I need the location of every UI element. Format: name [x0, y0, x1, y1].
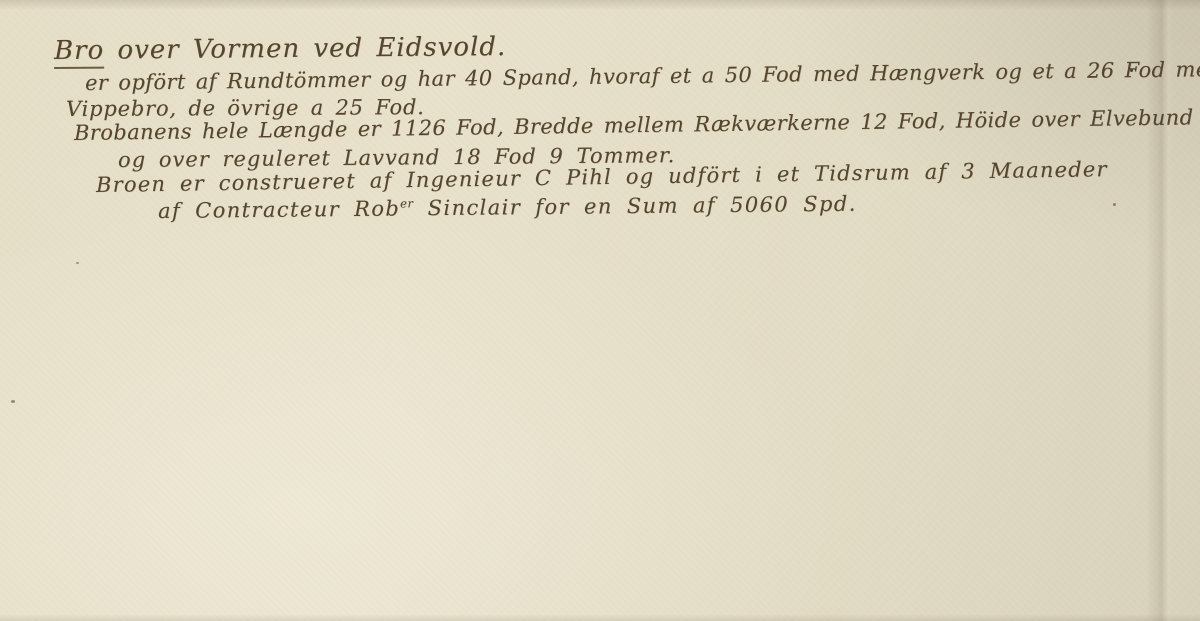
- line-text: af Contracteur Rob: [158, 196, 400, 223]
- title-rest: over Vormen ved Eidsvold.: [104, 32, 506, 66]
- paper-speck: [11, 400, 15, 403]
- handwritten-line-6: af Contracteur Rober Sinclair for en Sum…: [158, 192, 857, 223]
- paper-speck: [1113, 203, 1116, 206]
- manuscript-page: Bro over Vormen ved Eidsvold. er opfört …: [0, 0, 1200, 621]
- line-text: Sinclair for en Sum af 5060 Spd.: [413, 192, 856, 221]
- title-underlined-word: Bro: [54, 36, 104, 69]
- document-title: Bro over Vormen ved Eidsvold.: [54, 32, 506, 66]
- paper-speck: [76, 262, 79, 264]
- paper-crease-shadow: [1146, 0, 1174, 621]
- line-superscript: er: [400, 196, 414, 210]
